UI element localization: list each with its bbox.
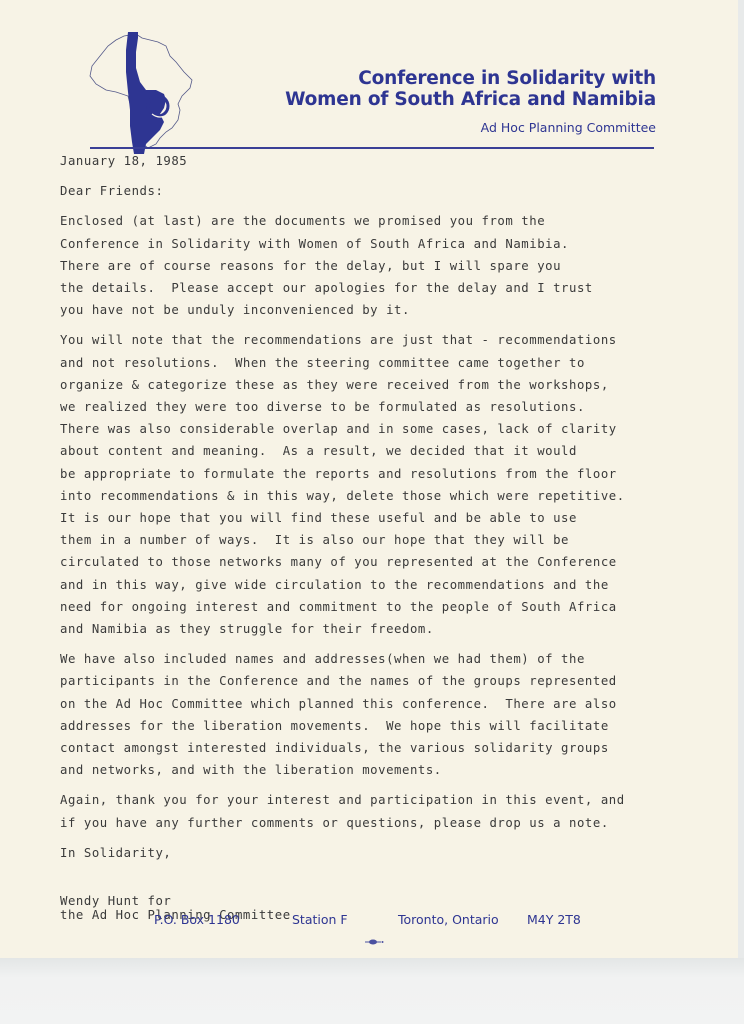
paragraph-line: and in this way, give wide circulation t… — [60, 574, 720, 596]
paragraph-line: There are of course reasons for the dela… — [60, 255, 720, 277]
paragraph-line: and Namibia as they struggle for their f… — [60, 618, 720, 640]
paragraph-line: Again, thank you for your interest and p… — [60, 789, 720, 811]
letterhead-divider — [90, 147, 654, 149]
paragraph-line: addresses for the liberation movements. … — [60, 715, 720, 737]
letterhead-subtitle: Ad Hoc Planning Committee — [300, 120, 656, 136]
paragraph-line: them in a number of ways. It is also our… — [60, 529, 720, 551]
paragraph-line: and networks, and with the liberation mo… — [60, 759, 720, 781]
paragraph-line: on the Ad Hoc Committee which planned th… — [60, 693, 720, 715]
paragraph-line: There was also considerable overlap and … — [60, 418, 720, 440]
letterhead-title-line2: Women of South Africa and Namibia — [200, 89, 656, 110]
footer-postal-code: M4Y 2T8 — [527, 912, 581, 927]
paragraph-line: if you have any further comments or ques… — [60, 812, 720, 834]
paragraph-line: you have not be unduly inconvenienced by… — [60, 299, 720, 321]
paragraph-line: It is our hope that you will find these … — [60, 507, 720, 529]
paragraph-line: into recommendations & in this way, dele… — [60, 485, 720, 507]
scan-edge — [738, 0, 744, 958]
paragraph-line: You will note that the recommendations a… — [60, 329, 720, 351]
letterhead-title: Conference in Solidarity with Women of S… — [200, 68, 656, 110]
paragraph-line: about content and meaning. As a result, … — [60, 440, 720, 462]
letterhead-title-line1: Conference in Solidarity with — [200, 68, 656, 89]
paragraph-line: We have also included names and addresse… — [60, 648, 720, 670]
paragraph-line: Conference in Solidarity with Women of S… — [60, 233, 720, 255]
scanner-background — [0, 958, 744, 1024]
paragraph-1: Enclosed (at last) are the documents we … — [60, 210, 720, 321]
letter-closing: In Solidarity, — [60, 842, 720, 864]
paragraph-line: participants in the Conference and the n… — [60, 670, 720, 692]
paragraph-line: need for ongoing interest and commitment… — [60, 596, 720, 618]
footer-po-box: P.O. Box 1180 — [154, 912, 240, 927]
paragraph-line: organize & categorize these as they were… — [60, 374, 720, 396]
letter-body: January 18, 1985 Dear Friends: Enclosed … — [60, 150, 720, 922]
paragraph-line: and not resolutions. When the steering c… — [60, 352, 720, 374]
paragraph-line: Enclosed (at last) are the documents we … — [60, 210, 720, 232]
paragraph-line: be appropriate to formulate the reports … — [60, 463, 720, 485]
paragraph-line: circulated to those networks many of you… — [60, 551, 720, 573]
africa-map-raised-fist-icon — [86, 30, 196, 156]
paragraph-line: the details. Please accept our apologies… — [60, 277, 720, 299]
paragraph-2: You will note that the recommendations a… — [60, 329, 720, 640]
footer-station: Station F — [292, 912, 348, 927]
paragraph-line: we realized they were too diverse to be … — [60, 396, 720, 418]
paragraph-line: contact amongst interested individuals, … — [60, 737, 720, 759]
paragraph-3: We have also included names and addresse… — [60, 648, 720, 781]
paragraph-4: Again, thank you for your interest and p… — [60, 789, 720, 833]
decorative-flourish-icon — [364, 938, 384, 946]
letter-date: January 18, 1985 — [60, 150, 720, 172]
letter-salutation: Dear Friends: — [60, 180, 720, 202]
signature-line-1: Wendy Hunt for — [60, 894, 720, 908]
footer-city: Toronto, Ontario — [398, 912, 499, 927]
